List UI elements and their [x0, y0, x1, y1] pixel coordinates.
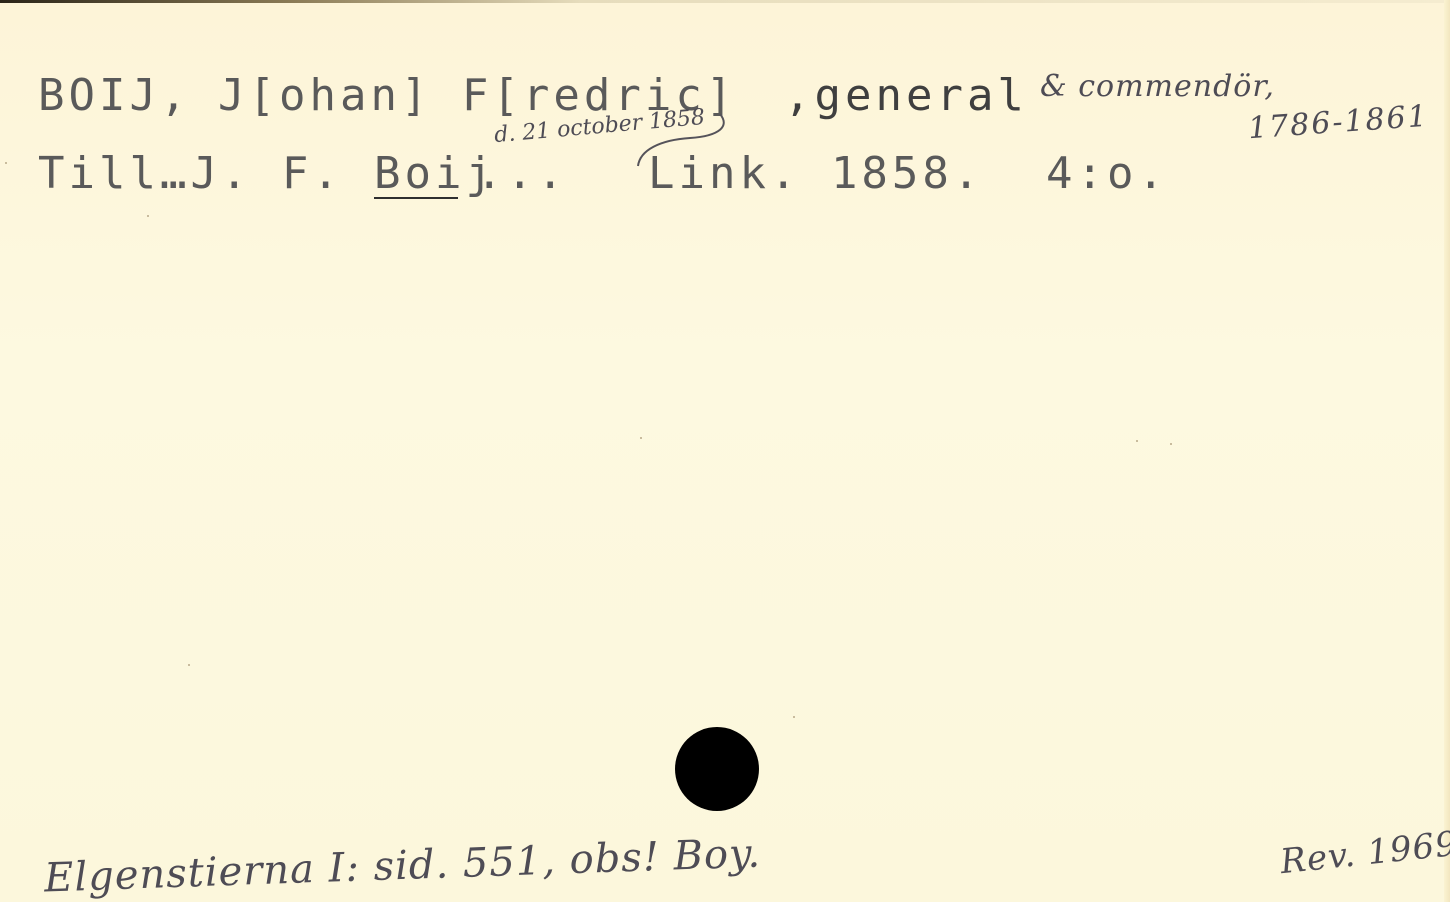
entry-format: 4:o. [1046, 152, 1168, 196]
catalog-card: BOIJ, J[ohan] F[redric] ,general & comme… [0, 0, 1450, 902]
footer-revision: Rev. 1969 [1279, 827, 1450, 879]
paper-speck [640, 437, 642, 439]
entry-title-start: Till…J. F. [38, 152, 343, 196]
entry-title-end: ... [476, 152, 567, 196]
card-right-edge [1444, 0, 1450, 902]
paper-speck [1170, 443, 1172, 445]
annotation-years: 1786-1861 [1247, 102, 1429, 145]
paper-speck [5, 162, 7, 164]
paper-speck [188, 664, 190, 666]
footer-source-note: Elgenstierna I: sid. 551, obs! Boy. [44, 833, 762, 898]
annotation-title: & commendör, [1040, 72, 1275, 102]
punch-hole [675, 727, 759, 811]
annotation-bracket-icon [620, 110, 730, 180]
paper-speck [1136, 440, 1138, 442]
name-underline [374, 197, 458, 199]
heading-title: ,general [784, 74, 1028, 118]
paper-speck [793, 716, 795, 718]
card-top-edge [0, 0, 1450, 3]
heading-surname: BOIJ, [38, 74, 190, 118]
paper-speck [147, 215, 149, 217]
